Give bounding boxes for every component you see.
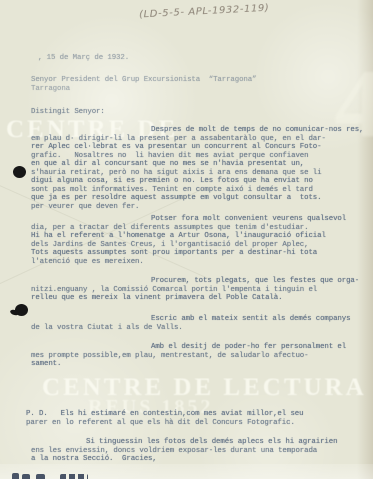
typewritten-line: s'hauria retirat, però no ha sigut aixis… (31, 169, 363, 178)
cutoff-letterhead-fragment (22, 474, 30, 479)
postscript-2: Si tinguessin les fotos dels demés aplec… (31, 438, 337, 464)
typewritten-line: Hi ha el referent a l'homenatge a Artur … (31, 232, 346, 241)
typewritten-line: en que al dir al concursant que no mes s… (31, 160, 363, 169)
cutoff-letterhead-fragment (36, 474, 45, 479)
typewritten-line: digui alguna cosa, si es premien o no. L… (31, 177, 363, 186)
typewritten-line: ens les enviessin, doncs voldriem exposa… (31, 447, 337, 456)
typewritten-line: Distingit Senyor: (31, 108, 105, 117)
typewritten-line: em plau d· dirigir-li la present per a a… (31, 135, 363, 144)
typewritten-line: Amb el desitj de poder-ho fer personalme… (31, 343, 346, 352)
punch-hole-bottom (15, 304, 28, 316)
typewritten-line: Si tinguessin les fotos dels demés aplec… (31, 438, 337, 447)
typewritten-line: dia, per a tractar del diferents assumpt… (31, 224, 346, 233)
typewritten-line: mes prompte possible,em plau, mentrestan… (31, 352, 346, 361)
cutoff-letterhead-fragment (60, 474, 88, 479)
typewritten-line: que ja es per resoldre aquest assumpte e… (31, 194, 363, 203)
typewritten-line: Tarragona (31, 85, 256, 94)
typewritten-line: Senyor President del Grup Excursionista … (31, 76, 256, 85)
paragraph-4: Escric amb el mateix sentit als demés co… (31, 315, 350, 332)
cutoff-letterhead-fragment (12, 473, 19, 479)
letter-body: , 15 de Març de 1932.Senyor President de… (0, 0, 373, 479)
punch-hole-top (13, 166, 26, 178)
paragraph-2: Potser fora molt convenient veurens qual… (31, 215, 346, 266)
scanned-letter-page: CENTRE DE 4 CENTRE DE LECTURACENTRE D RE… (0, 0, 373, 479)
typewritten-line: P. D. Els hi estimaré en contestin,com m… (26, 410, 303, 419)
typewritten-line: a la nostra Secció. Gracies, (31, 455, 337, 464)
date-line: , 15 de Març de 1932. (38, 54, 129, 63)
paragraph-3: Procurem, tots plegats, que les festes q… (31, 277, 359, 303)
recipient-address: Senyor President del Grup Excursionista … (31, 76, 256, 93)
typewritten-line: Escric amb el mateix sentit als demés co… (31, 315, 350, 324)
paragraph-5: Amb el desitj de poder-ho fer personalme… (31, 343, 346, 369)
next-sheet-edge (0, 464, 373, 479)
typewritten-line: sament. (31, 360, 346, 369)
typewritten-line: , 15 de Març de 1932. (38, 54, 129, 63)
typewritten-line: dels Jardins de Santes Creus, i l'organt… (31, 241, 346, 250)
paragraph-1: Despres de molt de temps de no comunicar… (31, 126, 363, 211)
typewritten-line: grafic. Nosaltres no li havien dit mes a… (31, 152, 363, 161)
typewritten-line: parer en lo referent al que els hà dit d… (26, 419, 303, 428)
typewritten-line: de la vostra Ciutat i als de Valls. (31, 324, 350, 333)
typewritten-line: Potser fora molt convenient veurens qual… (31, 215, 346, 224)
typewritten-line: nitzi.enguany , la Comissió Comarcal por… (31, 286, 359, 295)
typewritten-line: Despres de molt de temps de no comunicar… (31, 126, 363, 135)
typewritten-line: sont pas molt informatives. Tenint en co… (31, 186, 363, 195)
typewritten-line: Tots aquests assumptes sont prou importa… (31, 249, 346, 258)
postscript: P. D. Els hi estimaré en contestin,com m… (26, 410, 303, 427)
typewritten-line: Procurem, tots plegats, que les festes q… (31, 277, 359, 286)
typewritten-line: relleu que es mereix la vinent primavera… (31, 294, 359, 303)
salutation: Distingit Senyor: (31, 108, 105, 117)
typewritten-line: l'atenció que es mereixen. (31, 258, 346, 267)
typewritten-line: per veurer que deven fer. (31, 203, 363, 212)
typewritten-line: rer Aplec cel·lebrat es va presentar un … (31, 143, 363, 152)
